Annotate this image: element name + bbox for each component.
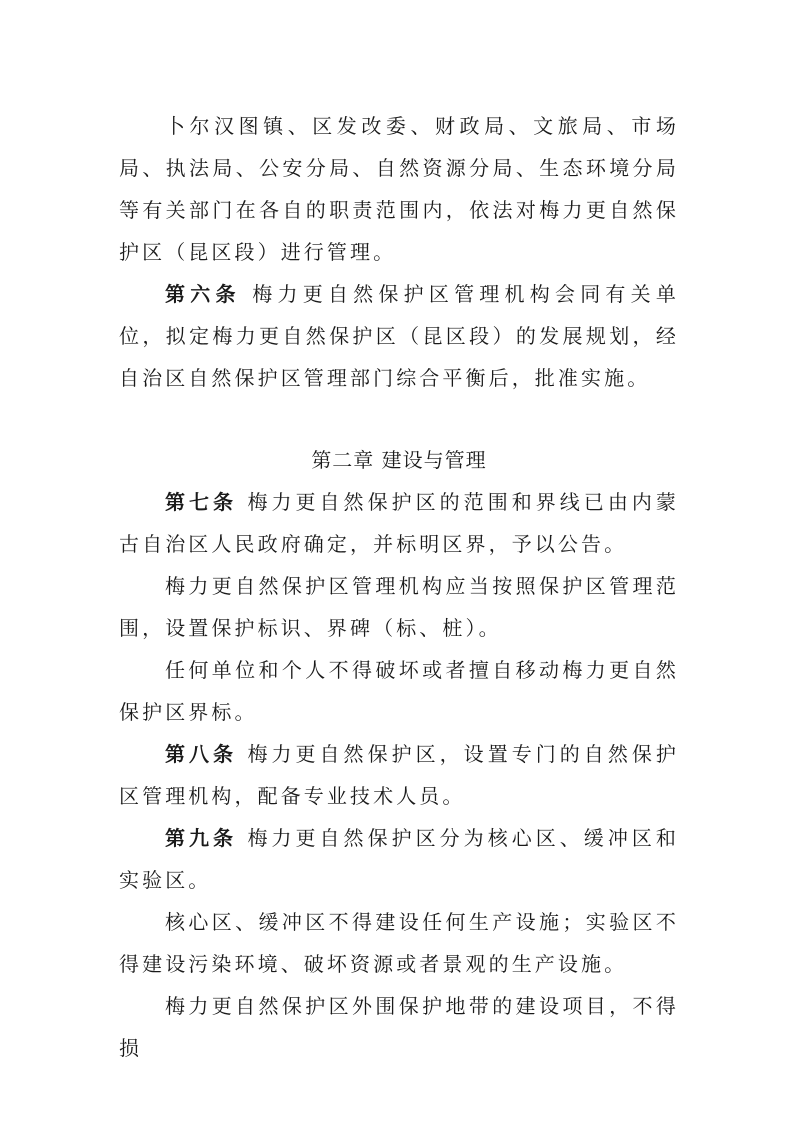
article-heading: 第七条 [165,490,237,514]
article-heading: 第九条 [165,826,237,850]
article-6: 第六条 梅力更自然保护区管理机构会同有关单位，拟定梅力更自然保护区（昆区段）的发… [119,273,679,399]
paragraph-text: 梅力更自然保护区管理机构应当按照保护区管理范围，设置保护标识、界碑（标、桩）。 [119,574,679,640]
article-9-clause-2: 核心区、缓冲区不得建设任何生产设施；实验区不得建设污染环境、破坏资源或者景观的生… [119,901,679,985]
paragraph-text: 梅力更自然保护区外围保护地带的建设项目，不得损 [119,994,679,1060]
article-8: 第八条 梅力更自然保护区，设置专门的自然保护区管理机构，配备专业技术人员。 [119,733,679,817]
article-7-clause-3: 任何单位和个人不得破坏或者擅自移动梅力更自然保护区界标。 [119,649,679,733]
article-9: 第九条 梅力更自然保护区分为核心区、缓冲区和实验区。 [119,817,679,901]
article-9-clause-3: 梅力更自然保护区外围保护地带的建设项目，不得损 [119,985,679,1069]
paragraph-text: 任何单位和个人不得破坏或者擅自移动梅力更自然保护区界标。 [119,658,679,724]
article-7: 第七条 梅力更自然保护区的范围和界线已由内蒙古自治区人民政府确定，并标明区界，予… [119,481,679,565]
article-heading: 第八条 [165,742,237,766]
article-7-clause-2: 梅力更自然保护区管理机构应当按照保护区管理范围，设置保护标识、界碑（标、桩）。 [119,565,679,649]
article-heading: 第六条 [165,282,241,306]
document-page: 卜尔汉图镇、区发改委、财政局、文旅局、市场局、执法局、公安分局、自然资源分局、生… [119,105,679,1069]
paragraph-text: 核心区、缓冲区不得建设任何生产设施；实验区不得建设污染环境、破坏资源或者景观的生… [119,910,679,976]
paragraph-text: 卜尔汉图镇、区发改委、财政局、文旅局、市场局、执法局、公安分局、自然资源分局、生… [119,114,679,264]
paragraph-departments: 卜尔汉图镇、区发改委、财政局、文旅局、市场局、执法局、公安分局、自然资源分局、生… [119,105,679,273]
chapter-title: 第二章 建设与管理 [119,439,679,481]
